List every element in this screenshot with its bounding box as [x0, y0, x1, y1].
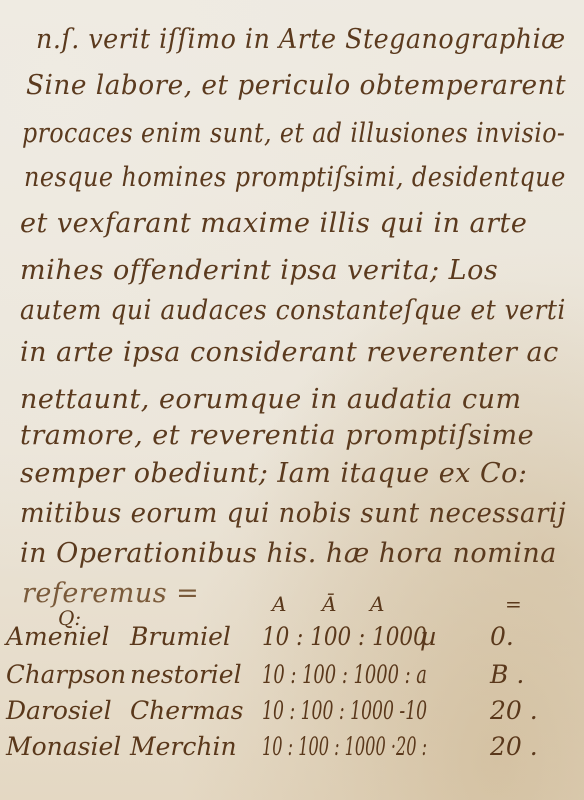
- mark-value: µ: [420, 622, 436, 651]
- ratio-value: 10 : 100 : 1000: [262, 622, 427, 651]
- manuscript-line: et vexfarant maxime illis qui in arte: [20, 208, 527, 239]
- mark-value: 0.: [490, 622, 514, 651]
- manuscript-page: n.ſ. verit iſſimo in Arte Steganographiæ…: [0, 0, 584, 800]
- spirit-name: Chermas: [130, 696, 243, 725]
- manuscript-line: nesque homines promptiſsimi, desidentque: [24, 162, 566, 193]
- header-mark: =: [505, 592, 522, 616]
- manuscript-line: mitibus eorum qui nobis sunt necessarij: [20, 498, 566, 529]
- spirit-name: Brumiel: [130, 622, 231, 651]
- spirit-name: Merchin: [130, 732, 237, 761]
- manuscript-line: in arte ipsa considerant reverenter ac: [20, 337, 559, 368]
- header-mark: A: [272, 592, 286, 616]
- mark-value: 20 .: [490, 732, 538, 761]
- mark-value: B .: [490, 660, 524, 689]
- header-mark: Ā: [322, 592, 336, 616]
- spirit-name: nestoriel: [130, 660, 242, 689]
- manuscript-line: tramore, et reverentia promptiſsime: [20, 420, 534, 451]
- manuscript-line: n.ſ. verit iſſimo in Arte Steganographiæ: [36, 24, 566, 55]
- manuscript-line: procaces enim sunt, et ad illusiones inv…: [22, 118, 565, 149]
- manuscript-line: semper obediunt; Iam itaque ex Co:: [20, 458, 528, 489]
- manuscript-line: mihes offenderint ipsa verita; Los: [20, 255, 498, 286]
- manuscript-line: nettaunt, eorumque in audatia cum: [20, 384, 522, 415]
- ratio-value: 10 : 100 : 1000 ·20 :: [262, 732, 427, 761]
- table-header-marks: Q: A Ā A =: [0, 592, 584, 622]
- manuscript-line: Sine labore, et periculo obtemperarent: [26, 70, 566, 101]
- manuscript-line: autem qui audaces constanteſque et verti: [20, 295, 566, 326]
- spirit-name: Monasiel: [6, 732, 121, 761]
- spirit-name: Ameniel: [6, 622, 109, 651]
- spirit-name: Darosiel: [6, 696, 112, 725]
- mark-value: 20 .: [490, 696, 538, 725]
- manuscript-line: in Operationibus his. hæ hora nomina: [20, 538, 557, 569]
- ratio-value: 10 : 100 : 1000 : a: [262, 660, 427, 689]
- header-mark: A: [370, 592, 384, 616]
- spirit-name: Charpson: [6, 660, 126, 689]
- ratio-value: 10 : 100 : 1000 -10: [262, 696, 427, 725]
